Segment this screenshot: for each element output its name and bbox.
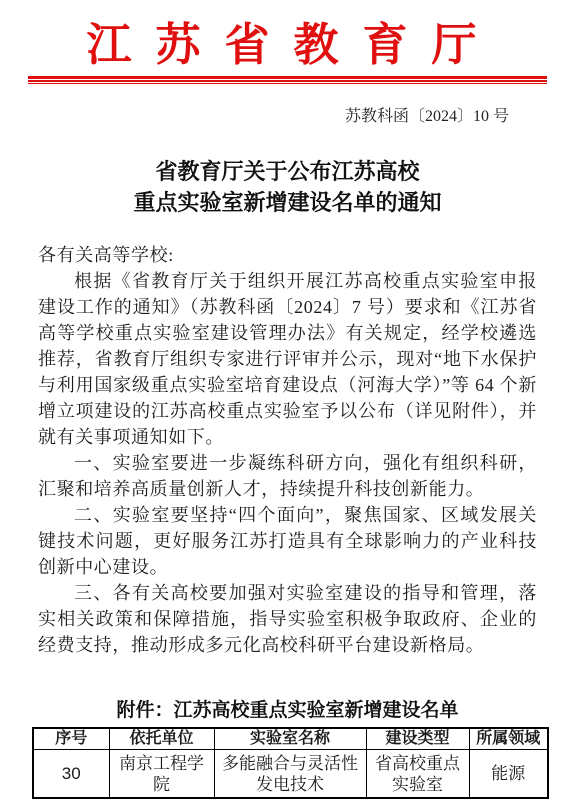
document-body: 各有关高等学校: 根据《省教育厅关于组织开展江苏高校重点实验室申报建设工作的通知… — [38, 242, 537, 657]
column-header-lab-name: 实验室名称 — [214, 728, 366, 750]
column-header-field: 所属领域 — [469, 728, 548, 750]
cell-build-type: 省高校重点实验室 — [366, 750, 469, 799]
agency-name-header: 江苏省教育厅 — [0, 0, 575, 70]
red-divider-line — [28, 76, 547, 84]
table-header-row: 序号 依托单位 实验室名称 建设类型 所属领域 — [33, 728, 548, 750]
body-paragraph-3: 二、实验室要坚持“四个面向”，聚焦国家、区域发展关键技术问题，更好服务江苏打造具… — [38, 502, 537, 580]
attachment-table: 序号 依托单位 实验室名称 建设类型 所属领域 30 南京工程学院 多能融合与灵… — [32, 727, 549, 799]
document-title-line-2: 重点实验室新增建设名单的通知 — [0, 187, 575, 218]
body-paragraph-2: 一、实验室要进一步凝练科研方向，强化有组织科研，汇聚和培养高质量创新人才，持续提… — [38, 450, 537, 502]
body-paragraph-1: 根据《省教育厅关于组织开展江苏高校重点实验室申报建设工作的通知》（苏教科函〔20… — [38, 268, 537, 450]
cell-institution: 南京工程学院 — [109, 750, 214, 799]
cell-lab-name: 多能融合与灵活性发电技术 — [214, 750, 366, 799]
red-divider-thin-line — [28, 83, 547, 84]
cell-field: 能源 — [469, 750, 548, 799]
column-header-build-type: 建设类型 — [366, 728, 469, 750]
table-row: 30 南京工程学院 多能融合与灵活性发电技术 省高校重点实验室 能源 — [33, 750, 548, 799]
column-header-index: 序号 — [33, 728, 109, 750]
body-paragraph-4: 三、各有关高校要加强对实验室建设的指导和管理，落实相关政策和保障措施，指导实验室… — [38, 580, 537, 657]
attachment-title: 附件：江苏高校重点实验室新增建设名单 — [0, 700, 575, 721]
document-title-line-1: 省教育厅关于公布江苏高校 — [0, 156, 575, 187]
salutation: 各有关高等学校: — [38, 242, 537, 268]
column-header-institution: 依托单位 — [109, 728, 214, 750]
cell-index: 30 — [33, 750, 109, 799]
document-title: 省教育厅关于公布江苏高校 重点实验室新增建设名单的通知 — [0, 156, 575, 218]
document-number: 苏教科函〔2024〕10 号 — [0, 106, 575, 128]
official-document-page: 江苏省教育厅 苏教科函〔2024〕10 号 省教育厅关于公布江苏高校 重点实验室… — [0, 0, 575, 802]
